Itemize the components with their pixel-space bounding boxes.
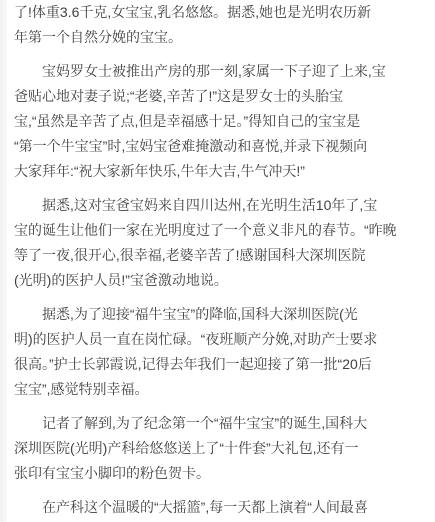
paragraph-2: 宝妈罗女士被推出产房的那一刻,家属一下子迎了上来,宝 爸贴心地对妻子说;“老婆,… [14,59,421,184]
paragraph-4: 据悉,为了迎接“福牛宝宝”的降临,国科大深圳医院(光 明)的医护人员一直在岗忙碌… [14,302,421,402]
paragraph-6: 在产科这个温暖的“大摇篮”,每一天都上演着“人间最喜 [14,495,421,520]
article-body: 了!体重3.6千克,女宝宝,乳名悠悠。据悉,她也是光明农历新 年第一个自然分娩的… [0,0,435,522]
paragraph-5: 记者了解到,为了纪念第一个“福牛宝宝”的诞生,国科大 深圳医院(光明)产科给悠悠… [14,411,421,486]
article-page: 了!体重3.6千克,女宝宝,乳名悠悠。据悉,她也是光明农历新 年第一个自然分娩的… [0,0,435,522]
paragraph-3: 据悉,这对宝爸宝妈来自四川达州,在光明生活10年了,宝 宝的诞生让他们一家在光明… [14,193,421,293]
paragraph-1: 了!体重3.6千克,女宝宝,乳名悠悠。据悉,她也是光明农历新 年第一个自然分娩的… [14,0,421,50]
